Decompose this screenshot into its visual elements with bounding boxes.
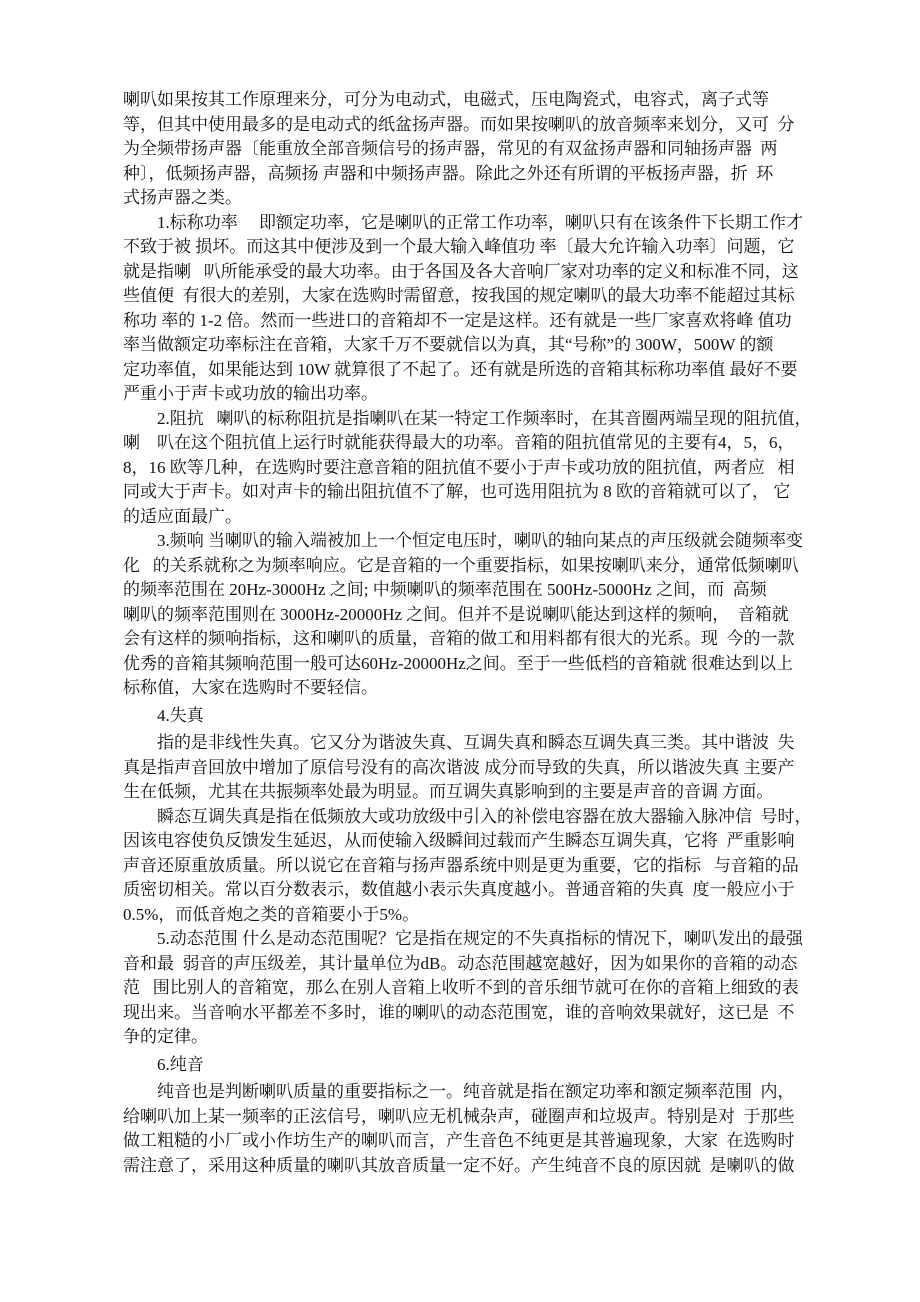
text-line: 喇叭的频率范围则在 3000Hz-20000Hz 之间。但并不是说喇叭能达到这样…: [123, 603, 817, 628]
text-line: 5.动态范围 什么是动态范围呢？它是指在规定的不失真指标的情况下，喇叭发出的最强: [123, 927, 817, 952]
text-line: 式扬声器之类。: [123, 186, 817, 211]
text-line: 8，16 欧等几种，在选购时要注意音箱的阻抗值不要小于声卡或功放的阻抗值，两者应…: [123, 456, 817, 481]
section-4-transient-intermodulation: 瞬态互调失真是指在低频放大或功放级中引入的补偿电容器在放大器输入脉冲信 号时，因…: [123, 805, 817, 928]
text-line: 纯音也是判断喇叭质量的重要指标之一。纯音就是指在额定功率和额定频率范围 内，: [123, 1080, 817, 1105]
text-line: 喇 叭在这个阻抗值上运行时就能获得最大的功率。音箱的阻抗值常见的主要有4，5，6…: [123, 431, 817, 456]
text-line: 瞬态互调失真是指在低频放大或功放级中引入的补偿电容器在放大器输入脉冲信 号时，: [123, 805, 817, 830]
text-line: 声音还原重放质量。所以说它在音箱与扬声器系统中则是更为重要，它的指标 与音箱的品: [123, 854, 817, 879]
text-line: 的适应面最广。: [123, 505, 817, 530]
text-line: 0.5%，而低音炮之类的音箱要小于5%。: [123, 903, 817, 928]
text-line: 严重小于声卡或功放的输出功率。: [123, 382, 817, 407]
document-page: 喇叭如果按其工作原理来分，可分为电动式，电磁式，压电陶瓷式，电容式，离子式等等，…: [0, 0, 920, 1302]
text-line: 等，但其中使用最多的是电动式的纸盆扬声器。而如果按喇叭的放音频率来划分，又可 分: [123, 113, 817, 138]
text-line: 的频率范围在 20Hz-3000Hz 之间; 中频喇叭的频率范围在 500Hz-…: [123, 578, 817, 603]
text-line: 现出来。当音响水平都差不多时，谁的喇叭的动态范围宽，谁的音响效果就好，这已是 不: [123, 1001, 817, 1026]
text-line: 需注意了，采用这种质量的喇叭其放音质量一定不好。产生纯音不良的原因就 是喇叭的做: [123, 1154, 817, 1179]
text-line: 4.失真: [123, 704, 817, 729]
section-3-frequency-response: 3.频响 当喇叭的输入端被加上一个恒定电压时，喇叭的轴向某点的声压级就会随频率变…: [123, 529, 817, 701]
section-4-distortion-body: 指的是非线性失真。它又分为谐波失真、互调失真和瞬态互调失真三类。其中谐波 失真是…: [123, 731, 817, 805]
text-line: 真是指声音回放中增加了原信号没有的高次谐波 成分而导致的失真，所以谐波失真 主要…: [123, 756, 817, 781]
text-line: 些值便 有很大的差别，大家在选购时需留意，按我国的规定喇叭的最大功率不能超过其标: [123, 284, 817, 309]
text-line: 生在低频，尤其在共振频率处最为明显。而互调失真影响到的主要是声音的音调 方面。: [123, 780, 817, 805]
text-line: 化 的关系就称之为频率响应。它是音箱的一个重要指标，如果按喇叭来分，通常低频喇叭: [123, 554, 817, 579]
text-line: 质密切相关。常以百分数表示，数值越小表示失真度越小。普通音箱的失真 度一般应小于: [123, 878, 817, 903]
text-line: 做工粗糙的小厂或小作坊生产的喇叭而言，产生音色不纯更是其普遍现象，大家 在选购时: [123, 1129, 817, 1154]
text-line: 优秀的音箱其频响范围一般可达60Hz-20000Hz之间。至于一些低档的音箱就 …: [123, 652, 817, 677]
text-line: 为全频带扬声器〔能重放全部音频信号的扬声器，常见的有双盆扬声器和同轴扬声器 两: [123, 137, 817, 162]
text-line: 2.阻抗 喇叭的标称阻抗是指喇叭在某一特定工作频率时，在其音圈两端呈现的阻抗值，: [123, 407, 817, 432]
section-6-pure-tone-body: 纯音也是判断喇叭质量的重要指标之一。纯音就是指在额定功率和额定频率范围 内，给喇…: [123, 1080, 817, 1178]
text-line: 指的是非线性失真。它又分为谐波失真、互调失真和瞬态互调失真三类。其中谐波 失: [123, 731, 817, 756]
text-line: 会有这样的频响指标，这和喇叭的质量，音箱的做工和用料都有很大的光系。现 今的一款: [123, 627, 817, 652]
text-line: 同或大于声卡。如对声卡的输出阻抗值不了解，也可选用阻抗为 8 欧的音箱就可以了，…: [123, 480, 817, 505]
text-line: 称功 率的 1-2 倍。然而一些进口的音箱却不一定是这样。还有就是一些厂家喜欢将…: [123, 309, 817, 334]
section-6-pure-tone-heading: 6.纯音: [123, 1053, 817, 1078]
text-line: 音和最 弱音的声压级差，其计量单位为dB。动态范围越宽越好，因为如果你的音箱的动…: [123, 952, 817, 977]
document-text-block: 喇叭如果按其工作原理来分，可分为电动式，电磁式，压电陶瓷式，电容式，离子式等等，…: [123, 88, 817, 1178]
section-2-impedance: 2.阻抗 喇叭的标称阻抗是指喇叭在某一特定工作频率时，在其音圈两端呈现的阻抗值，…: [123, 407, 817, 530]
text-line: 范 围比别人的音箱宽，那么在别人音箱上收听不到的音乐细节就可在你的音箱上细致的表: [123, 976, 817, 1001]
section-5-dynamic-range: 5.动态范围 什么是动态范围呢？它是指在规定的不失真指标的情况下，喇叭发出的最强…: [123, 927, 817, 1050]
text-line: 喇叭如果按其工作原理来分，可分为电动式，电磁式，压电陶瓷式，电容式，离子式等: [123, 88, 817, 113]
text-line: 标称值，大家在选购时不要轻信。: [123, 676, 817, 701]
text-line: 不致于被 损坏。而这其中便涉及到一个最大输入峰值功 率〔最大允许输入功率〕问题，…: [123, 235, 817, 260]
section-1-rated-power: 1.标称功率 即额定功率，它是喇叭的正常工作功率，喇叭只有在该条件下长期工作才不…: [123, 211, 817, 407]
text-line: 1.标称功率 即额定功率，它是喇叭的正常工作功率，喇叭只有在该条件下长期工作才: [123, 211, 817, 236]
text-line: 给喇叭加上某一频率的正泫信号，喇叭应无机械杂声，碰圈声和垃圾声。特别是对 于那些: [123, 1105, 817, 1130]
text-line: 3.频响 当喇叭的输入端被加上一个恒定电压时，喇叭的轴向某点的声压级就会随频率变: [123, 529, 817, 554]
text-line: 种〕，低频扬声器，高频扬 声器和中频扬声器。除此之外还有所谓的平板扬声器，折 环: [123, 162, 817, 187]
text-line: 争的定律。: [123, 1025, 817, 1050]
section-4-distortion-heading: 4.失真: [123, 704, 817, 729]
intro-paragraph: 喇叭如果按其工作原理来分，可分为电动式，电磁式，压电陶瓷式，电容式，离子式等等，…: [123, 88, 817, 211]
text-line: 率当做额定功率标注在音箱，大家千万不要就信以为真，其“号称”的 300W，500…: [123, 333, 817, 358]
text-line: 定功率值，如果能达到 10W 就算很了不起了。还有就是所选的音箱其标称功率值 最…: [123, 358, 817, 383]
text-line: 因该电容使负反馈发生延迟，从而使输入级瞬间过载而产生瞬态互调失真，它将 严重影响: [123, 829, 817, 854]
text-line: 6.纯音: [123, 1053, 817, 1078]
text-line: 就是指喇 叭所能承受的最大功率。由于各国及各大音响厂家对功率的定义和标准不同，这: [123, 260, 817, 285]
